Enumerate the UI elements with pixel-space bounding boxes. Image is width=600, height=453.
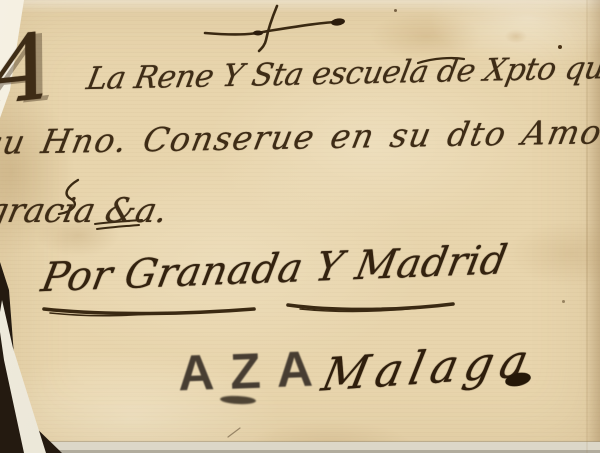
ink-speck (558, 45, 562, 49)
postmark-baza: AZA (177, 343, 329, 398)
letter-cover-photo: A La Rene Y Sta escuela de Xpto ques. su… (0, 0, 600, 453)
ink-speck (562, 300, 565, 303)
address-line-3: gracia &a. (0, 194, 171, 228)
ink-speck (394, 9, 397, 12)
bottom-edge-strip (0, 441, 600, 453)
address-line-2: su Hno. Conserue en su dto Amor Y (0, 114, 600, 159)
